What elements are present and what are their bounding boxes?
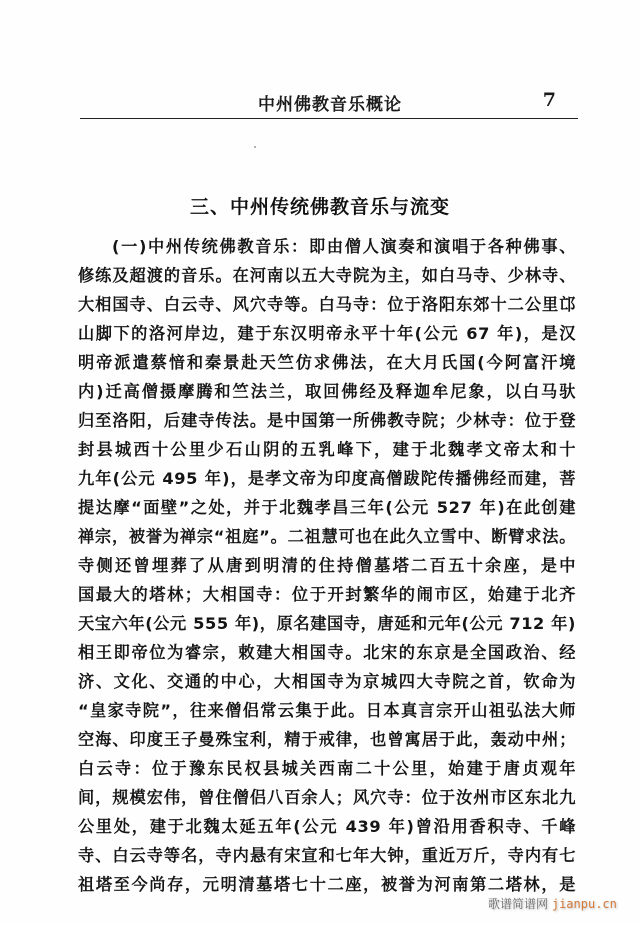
body-line: (一)中州传统佛教音乐：即由僧人演奏和演唱于各种佛事、: [78, 232, 576, 261]
body-line: 寺、白云寺等名，寺内悬有宋宣和七年大钟，重近万斤，寺内有七: [78, 841, 576, 870]
body-line: 间，规模宏伟，曾住僧侣八百余人；风穴寺：位于汝州市区东北九: [78, 783, 576, 812]
body-line: “皇家寺院”，往来僧侣常云集于此。日本真言宗开山祖弘法大师: [78, 696, 576, 725]
body-line: 国最大的塔林；大相国寺：位于开封繁华的闹市区，始建于北齐: [78, 580, 576, 609]
page-number: 7: [543, 89, 556, 111]
body-line: 禅宗，被誉为禅宗“祖庭”。二祖慧可也在此久立雪中、断臂求法。: [78, 522, 576, 551]
body-text: (一)中州传统佛教音乐：即由僧人演奏和演唱于各种佛事、 修练及超渡的音乐。在河南…: [78, 232, 576, 899]
section-title: 三、中州传统佛教音乐与流变: [0, 192, 640, 219]
body-line: 寺侧还曾埋葬了从唐到明清的住持僧墓塔二百五十余座，是中: [78, 551, 576, 580]
body-line: 归至洛阳，后建寺传法。是中国第一所佛教寺院；少林寺：位于登: [78, 406, 576, 435]
running-title: 中州佛教音乐概论: [258, 90, 402, 115]
body-line: 公里处，建于北魏太延五年(公元 439 年)曾沿用香积寺、千峰: [78, 812, 576, 841]
body-line: 相王即帝位为睿宗，敕建大相国寺。北宋的东京是全国政治、经: [78, 638, 576, 667]
header-rule: [80, 118, 578, 119]
body-line: 天宝六年(公元 555 年)，原名建国寺，唐延和元年(公元 712 年): [78, 609, 576, 638]
scan-speck: [254, 146, 256, 148]
watermark: 歌谱简谱网 jianpu.cn: [488, 895, 617, 912]
body-line: 内)迁高僧摄摩腾和竺法兰，取回佛经及释迦牟尼象，以白马驮: [78, 377, 576, 406]
body-line: 济、文化、交通的中心，大相国寺为京城四大寺院之首，钦命为: [78, 667, 576, 696]
body-line: 提达摩“面壁”之处，并于北魏孝昌三年(公元 527 年)在此创建: [78, 493, 576, 522]
body-line: 九年(公元 495 年)，是孝文帝为印度高僧跋陀传播佛经而建，菩: [78, 464, 576, 493]
watermark-site-name: 歌谱简谱网: [488, 897, 548, 911]
body-line: 明帝派遣蔡愔和秦景赴天竺仿求佛法，在大月氏国(今阿富汗境: [78, 348, 576, 377]
body-line: 山脚下的洛河岸边，建于东汉明帝永平十年(公元 67 年)，是汉: [78, 319, 576, 348]
body-line: 封县城西十公里少石山阴的五乳峰下，建于北魏孝文帝太和十: [78, 435, 576, 464]
body-line: 空海、印度王子曼殊宝利，精于戒律，也曾寓居于此，轰动中州；: [78, 725, 576, 754]
watermark-domain: jianpu.cn: [552, 897, 617, 911]
body-line: 大相国寺、白云寺、风穴寺等。白马寺：位于洛阳东郊十二公里邙: [78, 290, 576, 319]
running-header: 中州佛教音乐概论 7: [78, 90, 576, 118]
body-line: 白云寺：位于豫东民权县城关西南二十公里，始建于唐贞观年: [78, 754, 576, 783]
body-line: 修练及超渡的音乐。在河南以五大寺院为主，如白马寺、少林寺、: [78, 261, 576, 290]
scanned-page: 中州佛教音乐概论 7 三、中州传统佛教音乐与流变 (一)中州传统佛教音乐：即由僧…: [0, 0, 640, 925]
